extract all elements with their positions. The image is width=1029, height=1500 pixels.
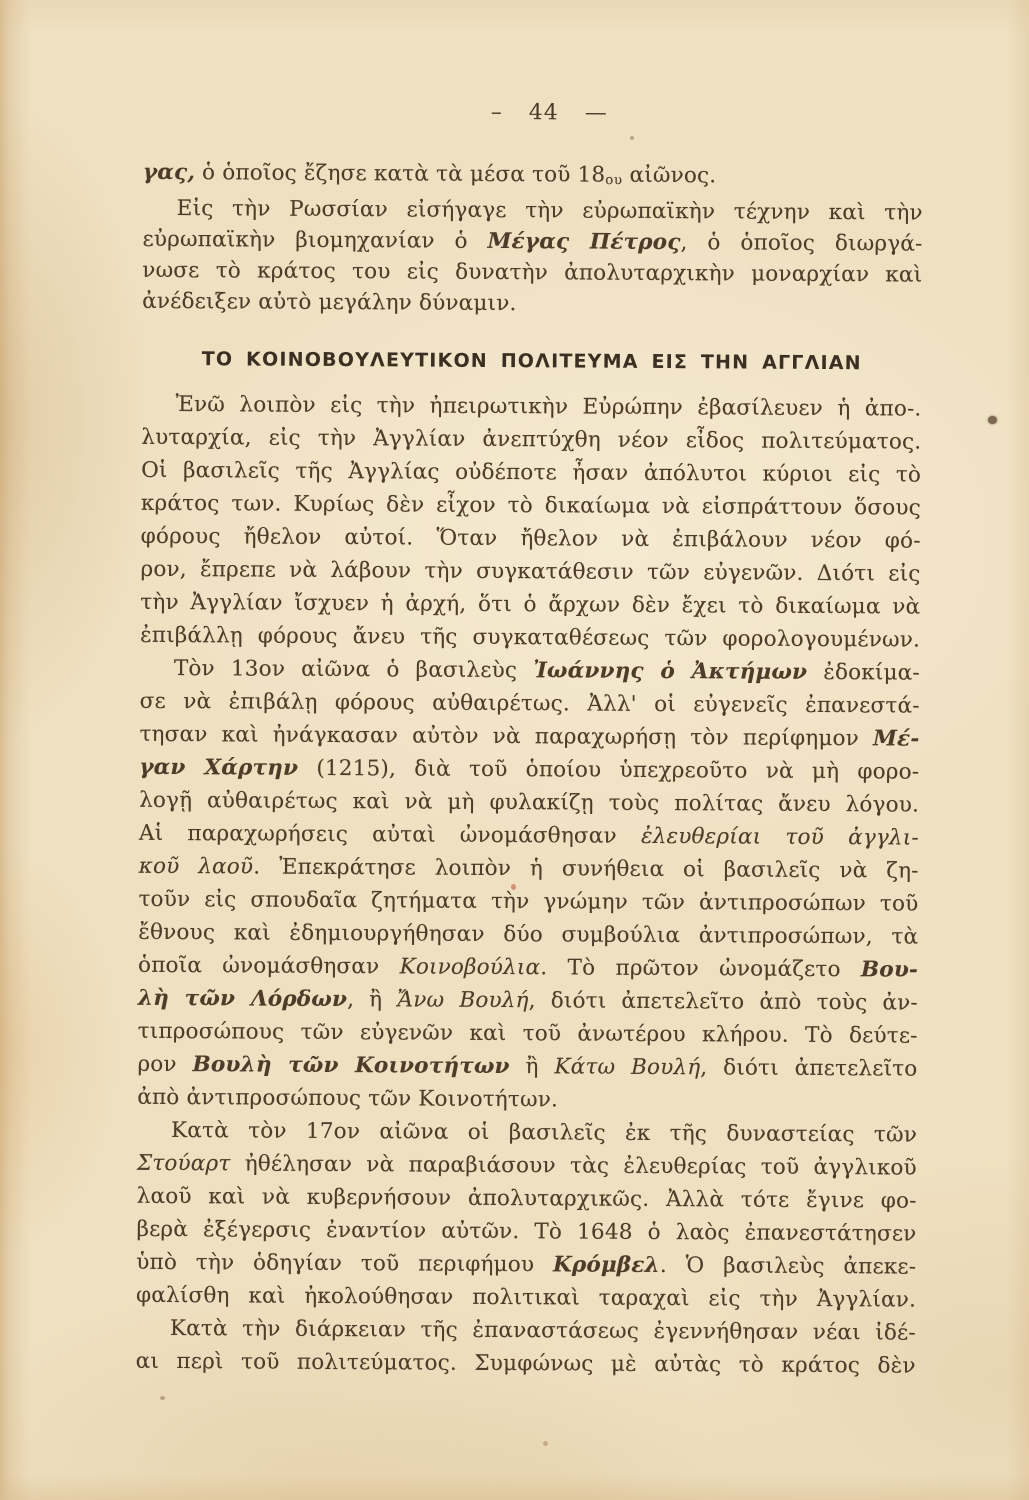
text-segment: βερὰ ἐξέγερσις ἐναντίον αὐτῶν. Τὸ 1648 ὁ…	[136, 1217, 916, 1247]
text-segment: κράτος των. Κυρίως δὲν εἶχον τὸ δικαίωμα…	[141, 491, 921, 521]
text-line: τησαν καὶ ἠνάγκασαν αὐτὸν νὰ παραχωρήσῃ …	[139, 718, 919, 756]
text-segment: φόρους ἤθελον αὐτοί. Ὅταν ἤθελον νὰ ἐπιβ…	[141, 524, 921, 554]
text-segment: τιπροσώπους τῶν εὐγενῶν καὶ τοῦ ἀνωτέρου…	[138, 1019, 918, 1049]
text-line: εὐρωπαϊκὴν βιομηχανίαν ὁ Μέγας Πέτρος, ὁ…	[142, 224, 922, 260]
text-segment: ἐπιβάλλῃ φόρους ἄνευ τῆς συγκαταθέσεως τ…	[140, 623, 920, 653]
book-page: – 44 — ΤΟ ΚΟΙΝΟΒΟΥΛΕΥΤΙΚΟΝ ΠΟΛΙΤΕΥΜΑ ΕΙΣ…	[0, 0, 1029, 1500]
paragraph: Τὸν 13ον αἰῶνα ὁ βασιλεὺς Ἰωάννης ὁ Ἀκτή…	[137, 652, 920, 1119]
text-line: ρον, ἔπρεπε νὰ λάβουν τὴν συγκατάθεσιν τ…	[140, 553, 920, 591]
text-segment: Ἄνω Βουλή	[397, 987, 529, 1013]
text-segment: . Ὁ βασιλεὺς ἀπεκε-	[660, 1253, 917, 1280]
page-content: – 44 — ΤΟ ΚΟΙΝΟΒΟΥΛΕΥΤΙΚΟΝ ΠΟΛΙΤΕΥΜΑ ΕΙΣ…	[0, 0, 1029, 1500]
text-segment: Βουλὴ τῶν Κοινοτήτων	[192, 1052, 509, 1079]
text-segment: , διότι ἀπετελεῖτο	[700, 1055, 917, 1081]
page-number: – 44 —	[159, 97, 939, 130]
paragraph: γας, ὁ ὁποῖος ἔζησε κατὰ τὰ μέσα τοῦ 18ο…	[142, 157, 923, 322]
text-segment: ου	[605, 173, 622, 188]
text-line: ὑπὸ τὴν ὁδηγίαν τοῦ περιφήμου Κρόμβελ. Ὁ…	[136, 1246, 916, 1284]
text-segment: σε νὰ ἐπιβάλῃ φόρους αὐθαιρέτως. Ἀλλ' οἱ…	[140, 689, 920, 719]
text-line: γας, ὁ ὁποῖος ἔζησε κατὰ τὰ μέσα τοῦ 18ο…	[143, 157, 923, 198]
text-line: φαλίσθη καὶ ἠκολούθησαν πολιτικαὶ ταραχα…	[136, 1279, 916, 1317]
text-line: Ἐνῶ λοιπὸν εἰς τὴν ἠπειρωτικὴν Εὐρώπην ἐ…	[141, 388, 921, 426]
text-line: Οἱ βασιλεῖς τῆς Ἀγγλίας οὐδέποτε ἦσαν ἀπ…	[141, 454, 921, 492]
text-segment: λογῇ αὐθαιρέτως καὶ νὰ μὴ φυλακίζῃ τοὺς …	[139, 788, 919, 818]
page-text-main: Ἐνῶ λοιπὸν εἰς τὴν ἠπειρωτικὴν Εὐρώπην ἐ…	[136, 388, 922, 1383]
text-line: ρον Βουλὴ τῶν Κοινοτήτων ἢ Κάτω Βουλή, δ…	[137, 1048, 917, 1086]
text-segment: Κάτω Βουλή	[554, 1054, 700, 1080]
text-segment: νωσε τὸ κράτος του εἰς δυνατὴν ἀπολυταρχ…	[142, 258, 922, 288]
text-segment: , ἢ	[347, 987, 397, 1012]
text-line: Στούαρτ ἠθέλησαν νὰ παραβιάσουν τὰς ἐλευ…	[137, 1147, 917, 1185]
paragraph: Κατὰ τὴν διάρκειαν τῆς ἐπαναστάσεως ἐγεν…	[136, 1312, 916, 1383]
text-line: τοῦν εἰς σπουδαῖα ζητήματα τὴν γνώμην τῶ…	[138, 883, 918, 921]
text-line: γαν Χάρτην (1215), διὰ τοῦ ὁποίου ὑπεχρε…	[139, 751, 919, 789]
text-segment: τησαν καὶ ἠνάγκασαν αὐτὸν νὰ παραχωρήσῃ …	[139, 722, 873, 751]
text-segment: γας,	[143, 160, 195, 185]
text-line: τιπροσώπους τῶν εὐγενῶν καὶ τοῦ ἀνωτέρου…	[138, 1015, 918, 1053]
text-segment: λὴ τῶν Λόρδων	[138, 986, 347, 1012]
text-segment: Εἰς τὴν Ρωσσίαν εἰσήγαγε τὴν εὐρωπαϊκὴν …	[177, 196, 923, 226]
text-segment: ρον	[137, 1052, 192, 1077]
text-line: ἔθνους καὶ ἐδημιουργήθησαν δύο συμβούλια…	[138, 916, 918, 954]
text-segment: τὴν Ἀγγλίαν ἴσχυεν ἡ ἀρχή, ὅτι ὁ ἄρχων δ…	[140, 590, 920, 620]
text-line: λυταρχία, εἰς τὴν Ἀγγλίαν ἀνεπτύχθη νέον…	[141, 421, 921, 459]
text-line: ἀπὸ ἀντιπροσώπους τῶν Κοινοτήτων.	[137, 1081, 917, 1119]
text-segment: ἔθνους καὶ ἐδημιουργήθησαν δύο συμβούλια…	[138, 920, 918, 950]
text-segment: λυταρχία, εἰς τὴν Ἀγγλίαν ἀνεπτύχθη νέον…	[141, 425, 921, 455]
text-line: φόρους ἤθελον αὐτοί. Ὅταν ἤθελον νὰ ἐπιβ…	[141, 520, 921, 558]
text-line: κράτος των. Κυρίως δὲν εἶχον τὸ δικαίωμα…	[141, 487, 921, 525]
text-segment: ὑπὸ τὴν ὁδηγίαν τοῦ περιφήμου	[136, 1250, 553, 1278]
paragraph: Ἐνῶ λοιπὸν εἰς τὴν ἠπειρωτικὴν Εὐρώπην ἐ…	[140, 388, 922, 657]
text-segment: , διότι ἀπετελεῖτο ἀπὸ τοὺς ἀν-	[529, 988, 918, 1015]
text-line: ὁποῖα ὠνομάσθησαν Κοινοβούλια. Τὸ πρῶτον…	[138, 949, 918, 987]
text-segment: φαλίσθη καὶ ἠκολούθησαν πολιτικαὶ ταραχα…	[136, 1283, 916, 1313]
text-segment: ὁποῖα ὠνομάσθησαν	[138, 953, 400, 980]
text-segment: (1215), διὰ τοῦ ὁποίου ὑπεχρεοῦτο νὰ μὴ …	[298, 756, 919, 785]
text-segment: Κρόμβελ	[553, 1252, 660, 1278]
text-line: κοῦ λαοῦ. Ἐπεκράτησε λοιπὸν ἡ συνήθεια ο…	[139, 850, 919, 888]
text-line: αι περὶ τοῦ πολιτεύματος. Συμφώνως μὲ αὐ…	[136, 1345, 916, 1383]
text-segment: Οἱ βασιλεῖς τῆς Ἀγγλίας οὐδέποτε ἦσαν ἀπ…	[141, 458, 921, 488]
page-text-top: γας, ὁ ὁποῖος ἔζησε κατὰ τὰ μέσα τοῦ 18ο…	[142, 157, 923, 322]
text-segment: Ἰωάννης ὁ Ἀκτήμων	[533, 658, 807, 685]
text-segment: Κοινοβούλια	[400, 954, 541, 980]
text-line: λαοῦ καὶ νὰ κυβερνήσουν ἀπολυταρχικῶς. Ἀ…	[137, 1180, 917, 1218]
text-segment: ἀνέδειξεν αὐτὸ μεγάλην δύναμιν.	[142, 289, 517, 316]
text-line: ἀνέδειξεν αὐτὸ μεγάλην δύναμιν.	[142, 286, 922, 322]
text-segment: . Τὸ πρῶτον ὠνομάζετο	[540, 955, 861, 982]
text-segment: Ἐνῶ λοιπὸν εἰς τὴν ἠπειρωτικὴν Εὐρώπην ἐ…	[175, 392, 921, 422]
text-line: Κατὰ τὸν 17ον αἰῶνα οἱ βασιλεῖς ἐκ τῆς δ…	[137, 1114, 917, 1152]
text-segment: . Ἐπεκράτησε λοιπὸν ἡ συνήθεια οἱ βασιλε…	[253, 855, 919, 884]
text-line: ἐπιβάλλῃ φόρους ἄνευ τῆς συγκαταθέσεως τ…	[140, 619, 920, 657]
text-segment: ὁ ὁποῖος ἔζησε κατὰ τὰ μέσα τοῦ 18	[195, 160, 605, 188]
text-segment: Μέ-	[873, 726, 920, 751]
text-segment: γαν Χάρτην	[139, 755, 298, 781]
text-line: λὴ τῶν Λόρδων, ἢ Ἄνω Βουλή, διότι ἀπετελ…	[138, 982, 918, 1020]
text-segment: ἐδοκίμα-	[807, 660, 920, 686]
text-segment: λαοῦ καὶ νὰ κυβερνήσουν ἀπολυταρχικῶς. Ἀ…	[137, 1184, 917, 1214]
text-segment: Βου-	[861, 957, 918, 982]
text-segment: Κατὰ τὸν 17ον αἰῶνα οἱ βασιλεῖς ἐκ τῆς δ…	[171, 1118, 917, 1148]
text-segment: , ὁ ὁποῖος διωργά-	[680, 230, 922, 256]
text-line: βερὰ ἐξέγερσις ἐναντίον αὐτῶν. Τὸ 1648 ὁ…	[136, 1213, 916, 1251]
text-segment: Στούαρτ	[137, 1151, 231, 1177]
text-line: Τὸν 13ον αἰῶνα ὁ βασιλεὺς Ἰωάννης ὁ Ἀκτή…	[140, 652, 920, 690]
paragraph: Κατὰ τὸν 17ον αἰῶνα οἱ βασιλεῖς ἐκ τῆς δ…	[136, 1114, 917, 1317]
text-segment: εὐρωπαϊκὴν βιομηχανίαν ὁ	[142, 227, 487, 254]
text-segment: τοῦν εἰς σπουδαῖα ζητήματα τὴν γνώμην τῶ…	[138, 887, 918, 917]
text-segment: κοῦ λαοῦ	[139, 854, 254, 880]
text-segment: Μέγας Πέτρος	[487, 229, 680, 255]
section-heading: ΤΟ ΚΟΙΝΟΒΟΥΛΕΥΤΙΚΟΝ ΠΟΛΙΤΕΥΜΑ ΕΙΣ ΤΗΝ ΑΓ…	[142, 346, 922, 377]
text-segment: ἐλευθερίαι τοῦ ἀγγλι-	[641, 824, 919, 851]
text-line: λογῇ αὐθαιρέτως καὶ νὰ μὴ φυλακίζῃ τοὺς …	[139, 784, 919, 822]
text-segment: ρον, ἔπρεπε νὰ λάβουν τὴν συγκατάθεσιν τ…	[140, 557, 920, 587]
text-line: σε νὰ ἐπιβάλῃ φόρους αὐθαιρέτως. Ἀλλ' οἱ…	[140, 685, 920, 723]
text-segment: αι περὶ τοῦ πολιτεύματος. Συμφώνως μὲ αὐ…	[136, 1349, 916, 1379]
text-line: Εἰς τὴν Ρωσσίαν εἰσήγαγε τὴν εὐρωπαϊκὴν …	[143, 193, 923, 229]
text-segment: ἀπὸ ἀντιπροσώπους τῶν Κοινοτήτων.	[137, 1085, 558, 1113]
text-line: τὴν Ἀγγλίαν ἴσχυεν ἡ ἀρχή, ὅτι ὁ ἄρχων δ…	[140, 586, 920, 624]
text-line: Αἱ παραχωρήσεις αὐταὶ ὠνομάσθησαν ἐλευθε…	[139, 817, 919, 855]
text-segment: αἰῶνος.	[622, 163, 716, 189]
text-segment: Κατὰ τὴν διάρκειαν τῆς ἐπαναστάσεως ἐγεν…	[170, 1316, 916, 1346]
text-segment: Τὸν 13ον αἰῶνα ὁ βασιλεὺς	[174, 656, 533, 683]
text-segment: ἠθέλησαν νὰ παραβιάσουν τὰς ἐλευθερίας τ…	[230, 1151, 917, 1180]
text-segment: ἢ	[510, 1054, 555, 1079]
text-line: Κατὰ τὴν διάρκειαν τῆς ἐπαναστάσεως ἐγεν…	[136, 1312, 916, 1350]
text-line: νωσε τὸ κράτος του εἰς δυνατὴν ἀπολυταρχ…	[142, 255, 922, 291]
text-segment: Αἱ παραχωρήσεις αὐταὶ ὠνομάσθησαν	[139, 821, 641, 849]
